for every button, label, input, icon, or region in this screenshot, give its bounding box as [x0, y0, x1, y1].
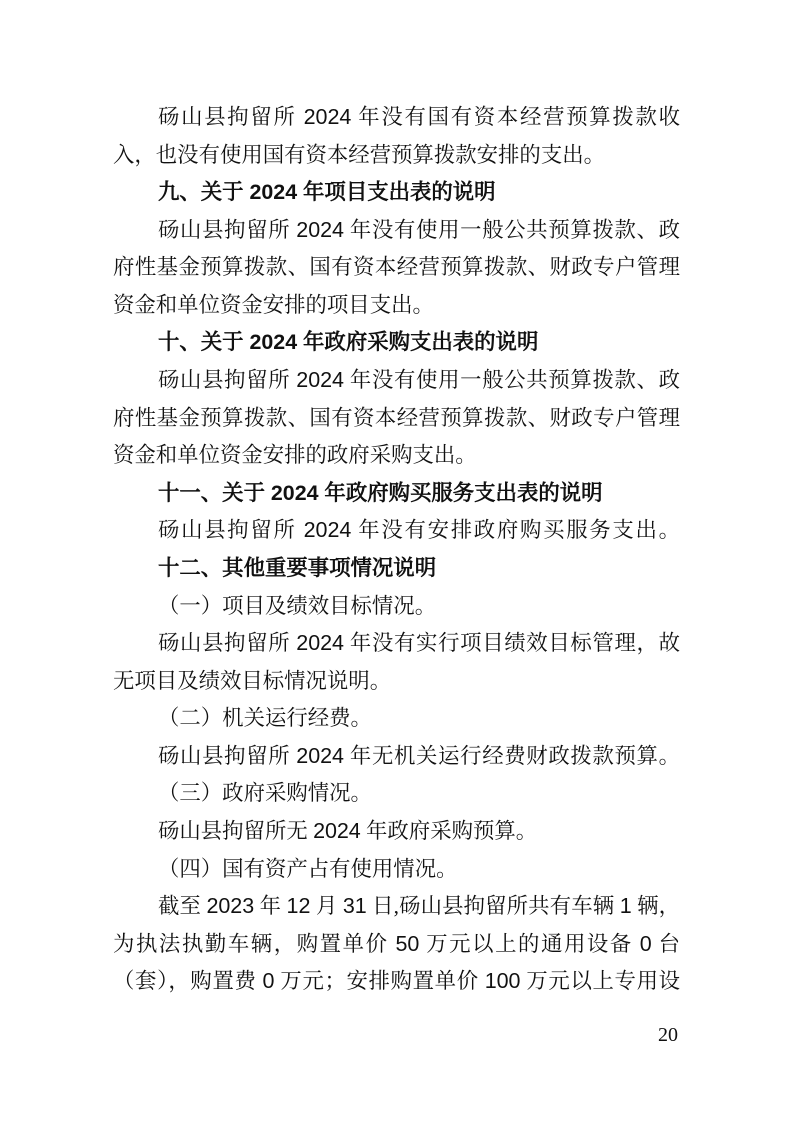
- body-text-line: 无项目及绩效目标情况说明。: [113, 663, 680, 701]
- body-text-line: 入，也没有使用国有资本经营预算拨款安排的支出。: [113, 137, 680, 175]
- body-text-line: 资金和单位资金安排的政府采购支出。: [113, 437, 680, 475]
- body-text-line: 砀山县拘留所 2024 年没有国有资本经营预算拨款收: [113, 99, 680, 137]
- body-text-line: 为执法执勤车辆，购置单价 50 万元以上的通用设备 0 台: [113, 926, 680, 964]
- document-page: 砀山县拘留所 2024 年没有国有资本经营预算拨款收入，也没有使用国有资本经营预…: [0, 0, 793, 1122]
- body-text-line: 砀山县拘留所 2024 年没有安排政府购买服务支出。: [113, 512, 680, 550]
- body-text-line: 截至 2023 年 12 月 31 日,砀山县拘留所共有车辆 1 辆，: [113, 888, 680, 926]
- body-text-line: 砀山县拘留所无 2024 年政府采购预算。: [113, 813, 680, 851]
- body-text-line: （套），购置费 0 万元；安排购置单价 100 万元以上专用设: [113, 963, 680, 1001]
- body-text-line: 砀山县拘留所 2024 年没有实行项目绩效目标管理，故: [113, 625, 680, 663]
- section-heading-line: 十一、关于 2024 年政府购买服务支出表的说明: [113, 475, 680, 513]
- page-number: 20: [640, 1022, 696, 1048]
- document-body: 砀山县拘留所 2024 年没有国有资本经营预算拨款收入，也没有使用国有资本经营预…: [113, 99, 680, 1001]
- body-text-line: 府性基金预算拨款、国有资本经营预算拨款、财政专户管理: [113, 249, 680, 287]
- body-text-line: （一）项目及绩效目标情况。: [113, 588, 680, 626]
- body-text-line: 砀山县拘留所 2024 年没有使用一般公共预算拨款、政: [113, 362, 680, 400]
- section-heading-line: 十二、其他重要事项情况说明: [113, 550, 680, 588]
- body-text-line: （二）机关运行经费。: [113, 700, 680, 738]
- body-text-line: （四）国有资产占有使用情况。: [113, 851, 680, 889]
- body-text-line: 府性基金预算拨款、国有资本经营预算拨款、财政专户管理: [113, 400, 680, 438]
- section-heading-line: 十、关于 2024 年政府采购支出表的说明: [113, 324, 680, 362]
- body-text-line: 砀山县拘留所 2024 年没有使用一般公共预算拨款、政: [113, 212, 680, 250]
- section-heading-line: 九、关于 2024 年项目支出表的说明: [113, 174, 680, 212]
- body-text-line: （三）政府采购情况。: [113, 775, 680, 813]
- body-text-line: 资金和单位资金安排的项目支出。: [113, 287, 680, 325]
- body-text-line: 砀山县拘留所 2024 年无机关运行经费财政拨款预算。: [113, 738, 680, 776]
